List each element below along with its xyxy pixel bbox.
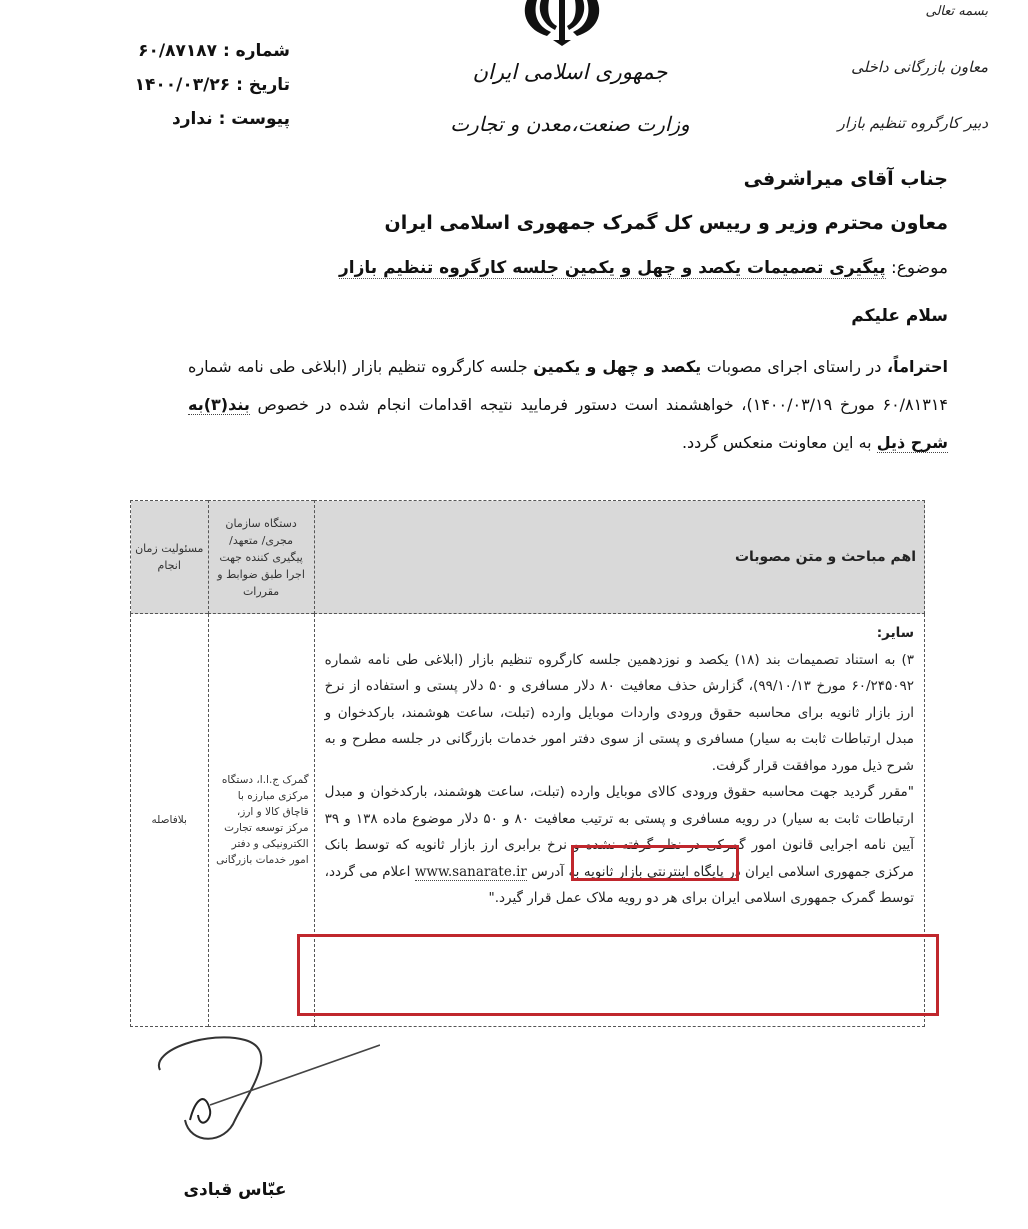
others-label: سایر: — [325, 620, 914, 647]
table-header-row: اهم مباحث و متن مصوبات دستگاه سازمان مجر… — [131, 501, 925, 614]
sanarate-link[interactable]: www.sanarate.ir — [415, 864, 527, 881]
letter-attachment: پیوست : ندارد — [100, 102, 290, 136]
resolution-cell: سایر: ۳) به استناد تصمیمات بند (۱۸) یکصد… — [314, 614, 924, 1027]
handwritten-bismillah: بسمه تعالی — [768, 4, 988, 19]
body-text: در راستای اجرای مصوبات — [701, 357, 887, 376]
attachment-value: ندارد — [172, 102, 213, 136]
header-executor: دستگاه سازمان مجری/ متعهد/ پیگیری کننده … — [208, 501, 314, 614]
deadline-cell: بلافاصله — [131, 614, 209, 1027]
body-text: به این معاونت منعکس گردد. — [682, 433, 877, 452]
body-session-bold: یکصد و چهل و یکمین — [533, 357, 701, 376]
signer-name: عبّاس قبادی — [175, 1180, 295, 1200]
number-label: شماره : — [223, 34, 290, 68]
header-main: اهم مباحث و متن مصوبات — [314, 501, 924, 614]
government-name: جمهوری اسلامی ایران — [440, 60, 700, 84]
handwritten-sender-title: معاون بازرگانی داخلی — [768, 58, 988, 76]
header-deadline: مسئولیت زمان انجام — [131, 501, 209, 614]
number-value: ۶۰/۸۷۱۸۷ — [138, 34, 217, 68]
attachment-label: پیوست : — [219, 102, 290, 136]
quote-highlighted: در رویه مسافری و پستی — [634, 811, 776, 827]
handwritten-sender-role: دبیر کارگروه تنظیم بازار — [768, 114, 988, 132]
letter-date: تاریخ : ۱۴۰۰/۰۳/۲۶ — [100, 68, 290, 102]
addressee-title: معاون محترم وزیر و رییس کل گمرک جمهوری ا… — [385, 212, 948, 234]
signature-icon — [150, 1020, 380, 1150]
date-value: ۱۴۰۰/۰۳/۲۶ — [135, 68, 230, 102]
letter-meta: شماره : ۶۰/۸۷۱۸۷ تاریخ : ۱۴۰۰/۰۳/۲۶ پیوس… — [100, 34, 290, 136]
subject-value: پیگیری تصمیمات یکصد و چهل و یکمین جلسه ک… — [339, 258, 886, 279]
letter-number: شماره : ۶۰/۸۷۱۸۷ — [100, 34, 290, 68]
table-row: سایر: ۳) به استناد تصمیمات بند (۱۸) یکصد… — [131, 614, 925, 1027]
body-opening: احتراماً، — [887, 357, 948, 376]
ministry-name: وزارت صنعت،معدن و تجارت — [440, 112, 700, 136]
subject-line: موضوع: پیگیری تصمیمات یکصد و چهل و یکمین… — [339, 258, 948, 278]
date-label: تاریخ : — [236, 68, 290, 102]
subject-label: موضوع: — [891, 258, 948, 278]
iran-emblem-icon — [517, 0, 607, 46]
item-text: ۳) به استناد تصمیمات بند (۱۸) یکصد و نوز… — [325, 652, 914, 774]
body-paragraph: احتراماً، در راستای اجرای مصوبات یکصد و … — [188, 348, 948, 462]
addressee-name: جناب آقای میراشرفی — [744, 168, 948, 190]
greeting: سلام علیکم — [851, 306, 948, 326]
minutes-table: اهم مباحث و متن مصوبات دستگاه سازمان مجر… — [130, 500, 925, 1027]
executor-cell: گمرک ج.ا.ا، دستگاه مرکزی مبارزه با قاچاق… — [208, 614, 314, 1027]
